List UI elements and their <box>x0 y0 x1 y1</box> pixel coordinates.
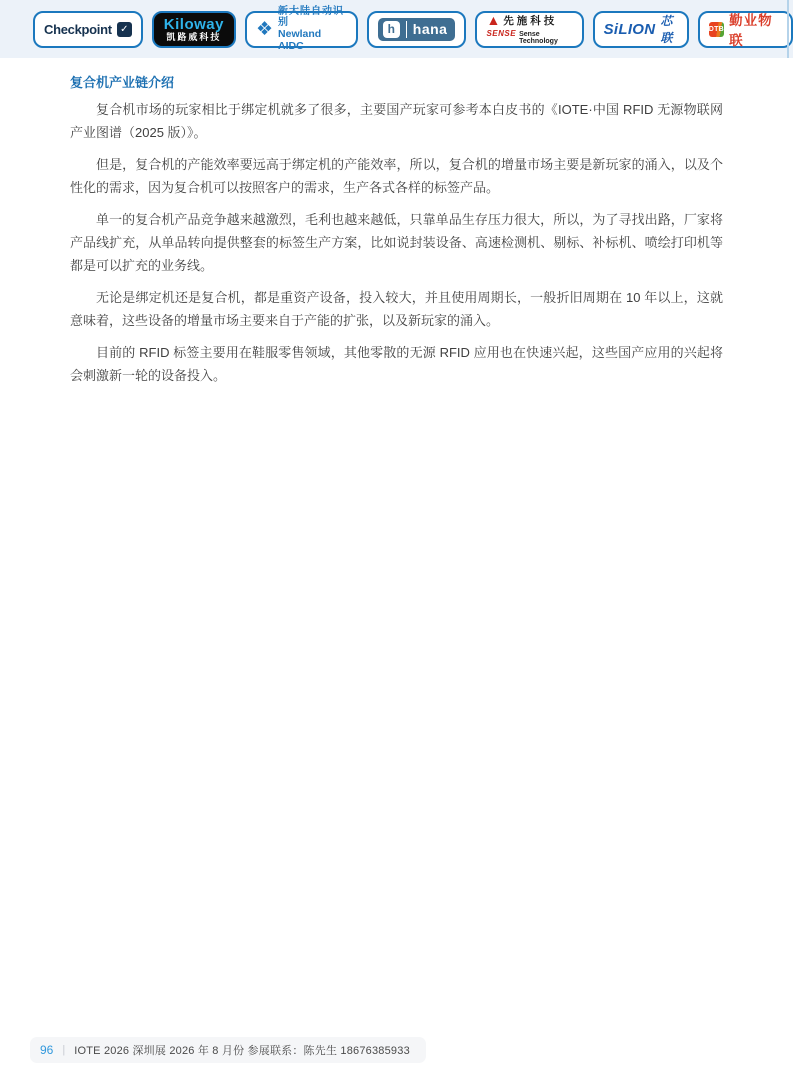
newland-chinese-name: 新大陆自动识别 <box>278 6 347 28</box>
paragraph: 无论是绑定机还是复合机，都是重资产设备，投入较大，并且使用周期长，一般折旧周期在… <box>70 286 723 332</box>
silion-wordmark: SiLION <box>604 21 656 38</box>
kiloway-chinese-name: 凯路威科技 <box>166 32 221 42</box>
hana-h-icon: h <box>383 21 400 38</box>
silion-chinese-name: 芯联 <box>660 12 677 46</box>
article-title: 复合机产业链介绍 <box>70 74 723 91</box>
paragraph: 复合机市场的玩家相比于绑定机就多了很多，主要国产玩家可参考本白皮书的《IOTE·… <box>70 98 723 144</box>
page-footer: 96 | IOTE 2026 深圳展 2026 年 8 月份 参展联系：陈先生 … <box>30 1037 426 1063</box>
sense-english-name: Sense Technology <box>519 31 573 45</box>
footer-contact-text: IOTE 2026 深圳展 2026 年 8 月份 参展联系：陈先生 18676… <box>74 1042 410 1058</box>
page-number: 96 <box>40 1043 53 1057</box>
logo-newland: ❖ 新大陆自动识别 Newland AIDC <box>245 11 358 48</box>
logo-sense: ▲ 先施科技 SENSE Sense Technology <box>475 11 583 48</box>
triangle-icon: ▲ <box>486 14 500 27</box>
divider <box>406 21 407 38</box>
logo-kiloway: Kiloway 凯路威科技 <box>152 11 236 48</box>
footer-divider: | <box>62 1044 65 1056</box>
hana-wordmark: hana <box>413 21 448 37</box>
checkpoint-wordmark: Checkpoint <box>44 22 112 37</box>
article-body: 复合机产业链介绍 复合机市场的玩家相比于绑定机就多了很多，主要国产玩家可参考本白… <box>70 74 723 396</box>
logo-hana: h hana <box>367 11 467 48</box>
logo-silion: SiLION 芯联 <box>593 11 689 48</box>
dtb-badge-icon: DTB <box>709 22 724 37</box>
logo-dtb: DTB 勤业物联 <box>698 11 793 48</box>
diamond-icon: ❖ <box>256 20 273 39</box>
sense-chinese-name: 先施科技 <box>503 13 557 28</box>
sense-brandmark: SENSE <box>486 29 516 38</box>
kiloway-wordmark: Kiloway <box>164 17 224 32</box>
sponsor-logo-strip: Checkpoint ✓ Kiloway 凯路威科技 ❖ 新大陆自动识别 New… <box>0 0 793 58</box>
newland-wordmark: Newland AIDC <box>278 28 347 52</box>
checkmark-icon: ✓ <box>117 22 132 37</box>
dtb-chinese-name: 勤业物联 <box>729 9 782 49</box>
paragraph: 但是，复合机的产能效率要远高于绑定机的产能效率，所以，复合机的增量市场主要是新玩… <box>70 153 723 199</box>
paragraph: 目前的 RFID 标签主要用在鞋服零售领域，其他零散的无源 RFID 应用也在快… <box>70 341 723 387</box>
page-accent-line <box>787 0 789 58</box>
logo-checkpoint: Checkpoint ✓ <box>33 11 143 48</box>
paragraph: 单一的复合机产品竞争越来越激烈，毛利也越来越低，只靠单品生存压力很大，所以，为了… <box>70 208 723 277</box>
